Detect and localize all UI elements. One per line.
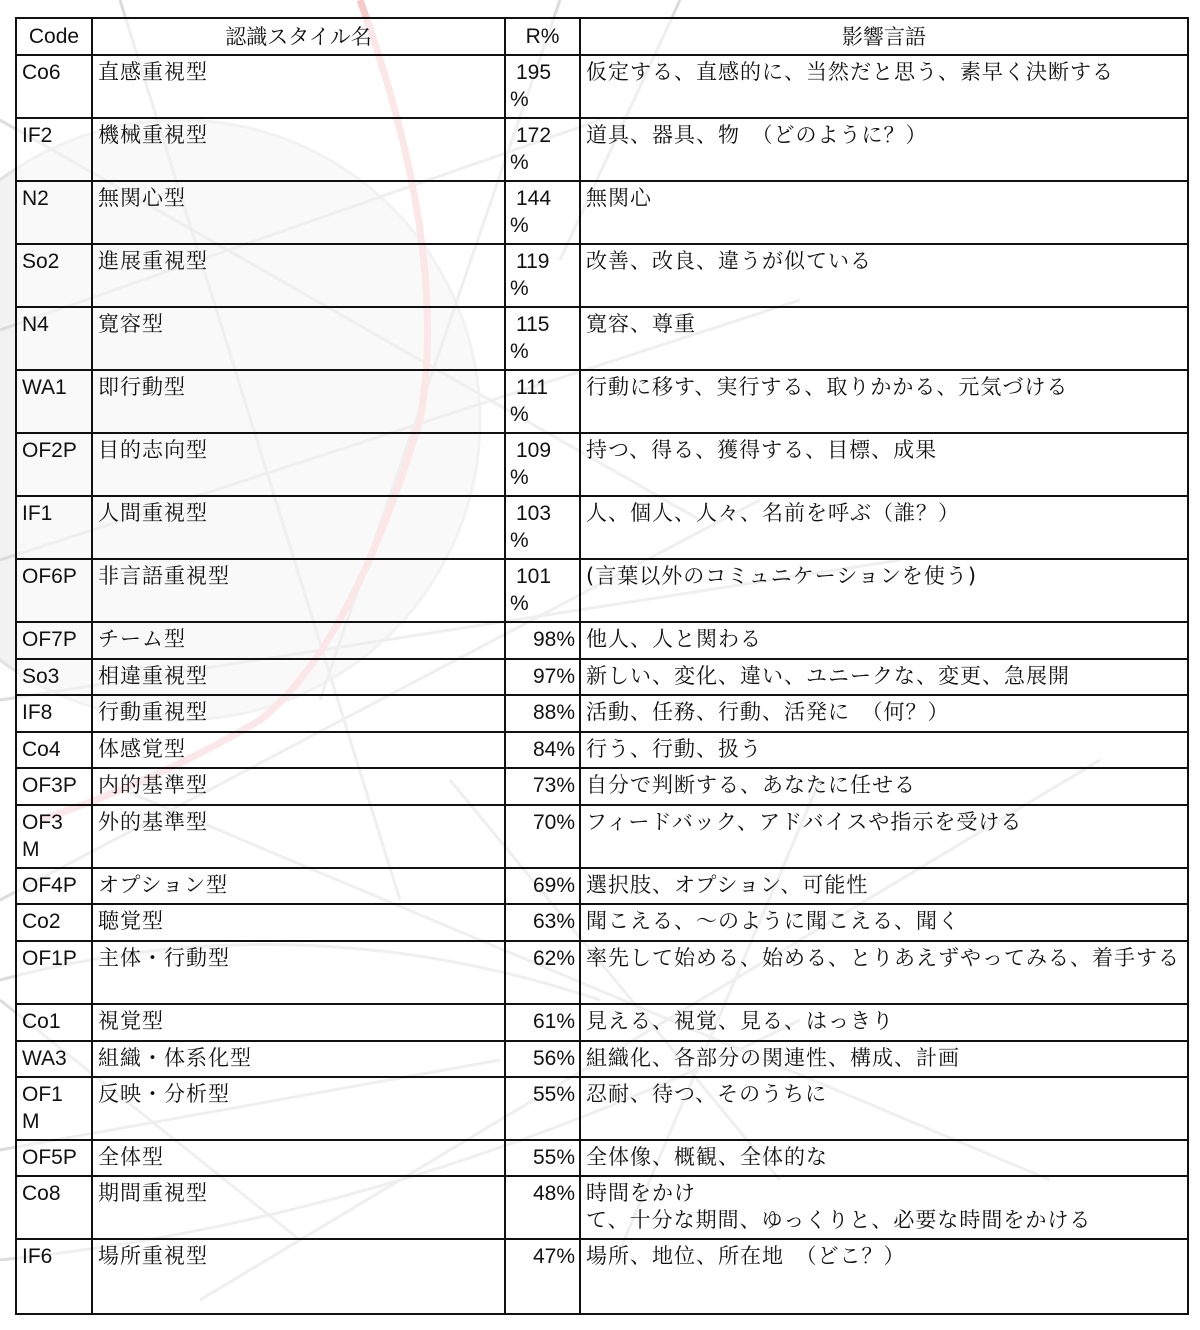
r-percent-sign: %	[510, 149, 575, 176]
cell-code: OF1M	[16, 1077, 92, 1140]
table-row: Co6 直感重視型 195% 仮定する、直感的に、当然だと思う、素早く決断する	[16, 55, 1188, 118]
cell-code: OF6P	[16, 559, 92, 622]
cell-influence-words: 寛容、尊重	[580, 307, 1188, 370]
cell-r-percent: 61%	[505, 1004, 580, 1041]
table-row: Co4 体感覚型 84% 行う、行動、扱う	[16, 732, 1188, 768]
r-number: 144	[516, 187, 551, 210]
cell-r-percent: 70%	[505, 805, 580, 868]
cell-style-name: 聴覚型	[92, 904, 505, 941]
cell-code: OF4P	[16, 868, 92, 904]
cell-influence-words: 見える、視覚、見る、はっきり	[580, 1004, 1188, 1041]
cell-code: IF1	[16, 496, 92, 559]
cell-style-name: 機械重視型	[92, 118, 505, 181]
cell-influence-words: 時間をかけて、十分な期間、ゆっくりと、必要な時間をかける	[580, 1176, 1188, 1239]
cell-style-name: 体感覚型	[92, 732, 505, 768]
cell-style-name: 外的基準型	[92, 805, 505, 868]
cell-code: Co8	[16, 1176, 92, 1239]
cell-influence-words: 場所、地位、所在地 （どこ？）	[580, 1239, 1188, 1314]
cell-code: OF1P	[16, 941, 92, 1004]
cell-code: WA3	[16, 1041, 92, 1077]
cell-r-percent: 97%	[505, 659, 580, 695]
cell-r-percent: 88%	[505, 695, 580, 732]
cell-influence-words: 活動、任務、行動、活発に （何？）	[580, 695, 1188, 732]
cell-influence-words: 組織化、各部分の関連性、構成、計画	[580, 1041, 1188, 1077]
cell-style-name: 期間重視型	[92, 1176, 505, 1239]
cell-style-name: 進展重視型	[92, 244, 505, 307]
cell-influence-words: 忍耐、待つ、そのうちに	[580, 1077, 1188, 1140]
table-row: IF2 機械重視型 172% 道具、器具、物 （どのように？）	[16, 118, 1188, 181]
cell-code: OF7P	[16, 622, 92, 659]
cell-style-name: 行動重視型	[92, 695, 505, 732]
cell-style-name: 視覚型	[92, 1004, 505, 1041]
cell-influence-words: 選択肢、オプション、可能性	[580, 868, 1188, 904]
r-percent-sign: %	[510, 212, 575, 239]
table-row: WA3 組織・体系化型 56% 組織化、各部分の関連性、構成、計画	[16, 1041, 1188, 1077]
table-row: N4 寛容型 115% 寛容、尊重	[16, 307, 1188, 370]
r-percent-sign: %	[510, 527, 575, 554]
cell-style-name: 反映・分析型	[92, 1077, 505, 1140]
cell-influence-words: 無関心	[580, 181, 1188, 244]
cell-code: OF3M	[16, 805, 92, 868]
cell-code: OF3P	[16, 768, 92, 805]
cell-r-percent: 69%	[505, 868, 580, 904]
header-style-name: 認識スタイル名	[92, 18, 505, 55]
cell-influence-words: 人、個人、人々、名前を呼ぶ（誰？）	[580, 496, 1188, 559]
table-row: OF3M 外的基準型 70% フィードバック、アドバイスや指示を受ける	[16, 805, 1188, 868]
cell-r-percent: 101%	[505, 559, 580, 622]
table-row: OF1P 主体・行動型 62% 率先して始める、始める、とりあえずやってみる、着…	[16, 941, 1188, 1004]
cell-style-name: 内的基準型	[92, 768, 505, 805]
cell-r-percent: 55%	[505, 1140, 580, 1176]
r-number: 109	[516, 439, 551, 462]
cell-style-name: 主体・行動型	[92, 941, 505, 1004]
cell-r-percent: 62%	[505, 941, 580, 1004]
code-line-2: M	[22, 838, 40, 861]
cell-style-name: 人間重視型	[92, 496, 505, 559]
cell-r-percent: 98%	[505, 622, 580, 659]
cell-code: IF6	[16, 1239, 92, 1314]
words-line-2: て、十分な期間、ゆっくりと、必要な時間をかける	[586, 1208, 1091, 1232]
header-r-percent: R%	[505, 18, 580, 55]
table-row: IF1 人間重視型 103% 人、個人、人々、名前を呼ぶ（誰？）	[16, 496, 1188, 559]
cell-style-name: 相違重視型	[92, 659, 505, 695]
cognitive-style-table: Code 認識スタイル名 R% 影響言語 Co6 直感重視型 195% 仮定する…	[15, 17, 1189, 1315]
cell-code: OF5P	[16, 1140, 92, 1176]
words-line-1: 時間をかけ	[586, 1181, 696, 1205]
cell-style-name: 全体型	[92, 1140, 505, 1176]
cell-influence-words: 全体像、概観、全体的な	[580, 1140, 1188, 1176]
r-number: 103	[516, 502, 551, 525]
cell-code: Co6	[16, 55, 92, 118]
cell-code: N2	[16, 181, 92, 244]
cell-style-name: チーム型	[92, 622, 505, 659]
table-row: OF1M 反映・分析型 55% 忍耐、待つ、そのうちに	[16, 1077, 1188, 1140]
cell-style-name: 無関心型	[92, 181, 505, 244]
code-line-1: OF1	[22, 1083, 63, 1106]
cell-code: So3	[16, 659, 92, 695]
cell-code: IF8	[16, 695, 92, 732]
table-row: N2 無関心型 144% 無関心	[16, 181, 1188, 244]
cell-code: Co4	[16, 732, 92, 768]
cell-influence-words: 新しい、変化、違い、ユニークな、変更、急展開	[580, 659, 1188, 695]
cell-style-name: 組織・体系化型	[92, 1041, 505, 1077]
cell-code: So2	[16, 244, 92, 307]
table-row: Co8 期間重視型 48% 時間をかけて、十分な期間、ゆっくりと、必要な時間をか…	[16, 1176, 1188, 1239]
r-percent-sign: %	[510, 401, 575, 428]
cell-r-percent: 115%	[505, 307, 580, 370]
r-percent-sign: %	[510, 86, 575, 113]
table-row: WA1 即行動型 111% 行動に移す、実行する、取りかかる、元気づける	[16, 370, 1188, 433]
r-percent-sign: %	[510, 590, 575, 617]
cell-r-percent: 48%	[505, 1176, 580, 1239]
cell-style-name: オプション型	[92, 868, 505, 904]
cell-code: Co2	[16, 904, 92, 941]
r-number: 101	[516, 565, 551, 588]
cell-r-percent: 47%	[505, 1239, 580, 1314]
cell-code: WA1	[16, 370, 92, 433]
cell-r-percent: 63%	[505, 904, 580, 941]
table-row: OF3P 内的基準型 73% 自分で判断する、あなたに任せる	[16, 768, 1188, 805]
cell-influence-words: 行動に移す、実行する、取りかかる、元気づける	[580, 370, 1188, 433]
cell-influence-words: (言葉以外のコミュニケーションを使う)	[580, 559, 1188, 622]
r-percent-sign: %	[510, 338, 575, 365]
cell-code: OF2P	[16, 433, 92, 496]
r-number: 119	[516, 250, 549, 273]
table-row: Co2 聴覚型 63% 聞こえる、～のように聞こえる、聞く	[16, 904, 1188, 941]
table-row: OF2P 目的志向型 109% 持つ、得る、獲得する、目標、成果	[16, 433, 1188, 496]
cell-influence-words: 持つ、得る、獲得する、目標、成果	[580, 433, 1188, 496]
cell-code: IF2	[16, 118, 92, 181]
cell-r-percent: 119%	[505, 244, 580, 307]
r-number: 115	[516, 313, 549, 336]
header-influence-words: 影響言語	[580, 18, 1188, 55]
table-row: OF5P 全体型 55% 全体像、概観、全体的な	[16, 1140, 1188, 1176]
header-code: Code	[16, 18, 92, 55]
cell-r-percent: 73%	[505, 768, 580, 805]
cell-r-percent: 55%	[505, 1077, 580, 1140]
cell-influence-words: 道具、器具、物 （どのように？）	[580, 118, 1188, 181]
cell-r-percent: 144%	[505, 181, 580, 244]
cell-influence-words: 行う、行動、扱う	[580, 732, 1188, 768]
cell-style-name: 場所重視型	[92, 1239, 505, 1314]
cell-influence-words: 聞こえる、～のように聞こえる、聞く	[580, 904, 1188, 941]
cell-style-name: 直感重視型	[92, 55, 505, 118]
cell-style-name: 目的志向型	[92, 433, 505, 496]
r-percent-sign: %	[510, 275, 575, 302]
cell-r-percent: 195%	[505, 55, 580, 118]
cell-r-percent: 109%	[505, 433, 580, 496]
r-number: 172	[516, 124, 551, 147]
cell-influence-words: 率先して始める、始める、とりあえずやってみる、着手する	[580, 941, 1188, 1004]
cell-r-percent: 172%	[505, 118, 580, 181]
cell-influence-words: 改善、改良、違うが似ている	[580, 244, 1188, 307]
cell-code: Co1	[16, 1004, 92, 1041]
cell-r-percent: 84%	[505, 732, 580, 768]
cell-style-name: 即行動型	[92, 370, 505, 433]
cell-r-percent: 103%	[505, 496, 580, 559]
r-number: 111	[516, 376, 548, 399]
table-row: Co1 視覚型 61% 見える、視覚、見る、はっきり	[16, 1004, 1188, 1041]
table-header-row: Code 認識スタイル名 R% 影響言語	[16, 18, 1188, 55]
code-line-1: OF3	[22, 811, 63, 834]
code-line-2: M	[22, 1110, 40, 1133]
table-row: So2 進展重視型 119% 改善、改良、違うが似ている	[16, 244, 1188, 307]
cell-r-percent: 111%	[505, 370, 580, 433]
cell-style-name: 非言語重視型	[92, 559, 505, 622]
table-row: IF6 場所重視型 47% 場所、地位、所在地 （どこ？）	[16, 1239, 1188, 1314]
cell-influence-words: 他人、人と関わる	[580, 622, 1188, 659]
cell-influence-words: 仮定する、直感的に、当然だと思う、素早く決断する	[580, 55, 1188, 118]
table-row: OF4P オプション型 69% 選択肢、オプション、可能性	[16, 868, 1188, 904]
table-row: IF8 行動重視型 88% 活動、任務、行動、活発に （何？）	[16, 695, 1188, 732]
cell-code: N4	[16, 307, 92, 370]
table-row: So3 相違重視型 97% 新しい、変化、違い、ユニークな、変更、急展開	[16, 659, 1188, 695]
r-percent-sign: %	[510, 464, 575, 491]
cell-r-percent: 56%	[505, 1041, 580, 1077]
table-row: OF6P 非言語重視型 101% (言葉以外のコミュニケーションを使う)	[16, 559, 1188, 622]
table-row: OF7P チーム型 98% 他人、人と関わる	[16, 622, 1188, 659]
cell-influence-words: フィードバック、アドバイスや指示を受ける	[580, 805, 1188, 868]
cell-style-name: 寛容型	[92, 307, 505, 370]
r-number: 195	[516, 61, 551, 84]
cell-influence-words: 自分で判断する、あなたに任せる	[580, 768, 1188, 805]
